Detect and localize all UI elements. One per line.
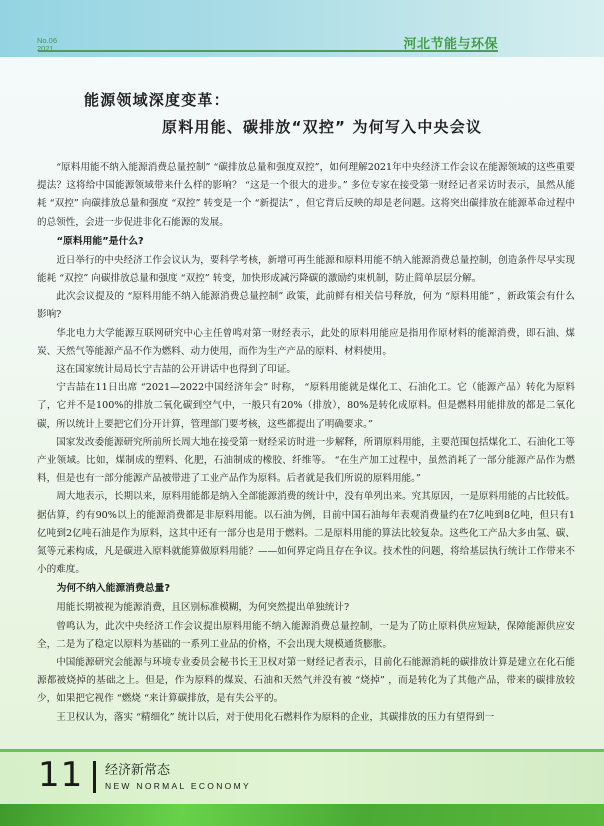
paragraph: 王卫权认为，落实 “精细化” 统计以后，对于使用化石燃料作为原料的企业，其碳排放… xyxy=(37,709,575,727)
section-heading: 为何不纳入能源消费总量? xyxy=(37,579,575,599)
article-title-line2: 原料用能、碳排放“双控” 为何写入中央会议 xyxy=(162,116,482,137)
section-title-cn: 经济新常态 xyxy=(105,759,170,778)
paragraph: 此次会议提及的 “原料用能不纳入能源消费总量控制” 政策，此前鲜有相关信号释放，… xyxy=(37,288,575,324)
paragraph: 曾鸣认为，此次中央经济工作会议提出原料用能不纳入能源消费总量控制，一是为了防止原… xyxy=(37,618,575,654)
paragraph: 这在国家统计局局长宁吉喆的公开讲话中也得到了印证。 xyxy=(37,361,575,379)
section-heading: “原料用能”是什么? xyxy=(37,232,575,252)
article-body: “原料用能不纳入能源消费总量控制” “碳排放总量和强度双控”，如何理解2021年… xyxy=(37,159,575,727)
paragraph: 中国能源研究会能源与环境专业委员会秘书长王卫权对第一财经记者表示，目前化石能源消… xyxy=(37,654,575,709)
magazine-title: 河北节能与环保 xyxy=(403,33,498,52)
footer-decoration xyxy=(0,804,604,826)
page-number-separator xyxy=(93,761,96,793)
paragraph: “原料用能不纳入能源消费总量控制” “碳排放总量和强度双控”，如何理解2021年… xyxy=(37,159,575,232)
page-header xyxy=(0,0,604,57)
section-title-en: NEW NORMAL ECONOMY xyxy=(105,781,251,791)
paragraph: 宁吉喆在11日出席 “2021—2022中国经济年会” 时称， “原料用能就是煤… xyxy=(37,379,575,434)
paragraph: 用能长期被视为能源消费，且区别标准模糊，为何突然提出单独统计? xyxy=(37,599,575,617)
article-title-line1: 能源领域深度变革： xyxy=(84,89,230,110)
paragraph: 华北电力大学能源互联网研究中心主任曾鸣对第一财经表示，此处的原料用能应是指用作原… xyxy=(37,325,575,361)
paragraph: 国家发改委能源研究所前所长周大地在接受第一财经采访时进一步解释，所谓原料用能，主… xyxy=(37,434,575,489)
paragraph: 周大地表示，长期以来，原料用能都是纳入全部能源消费的统计中，没有单列出来。究其原… xyxy=(37,488,575,579)
paragraph: 近日举行的中央经济工作会议认为，要科学考核，新增可再生能源和原料用能不纳入能源消… xyxy=(37,252,575,288)
page-number: 11 xyxy=(38,755,83,795)
footer-band xyxy=(0,752,604,804)
